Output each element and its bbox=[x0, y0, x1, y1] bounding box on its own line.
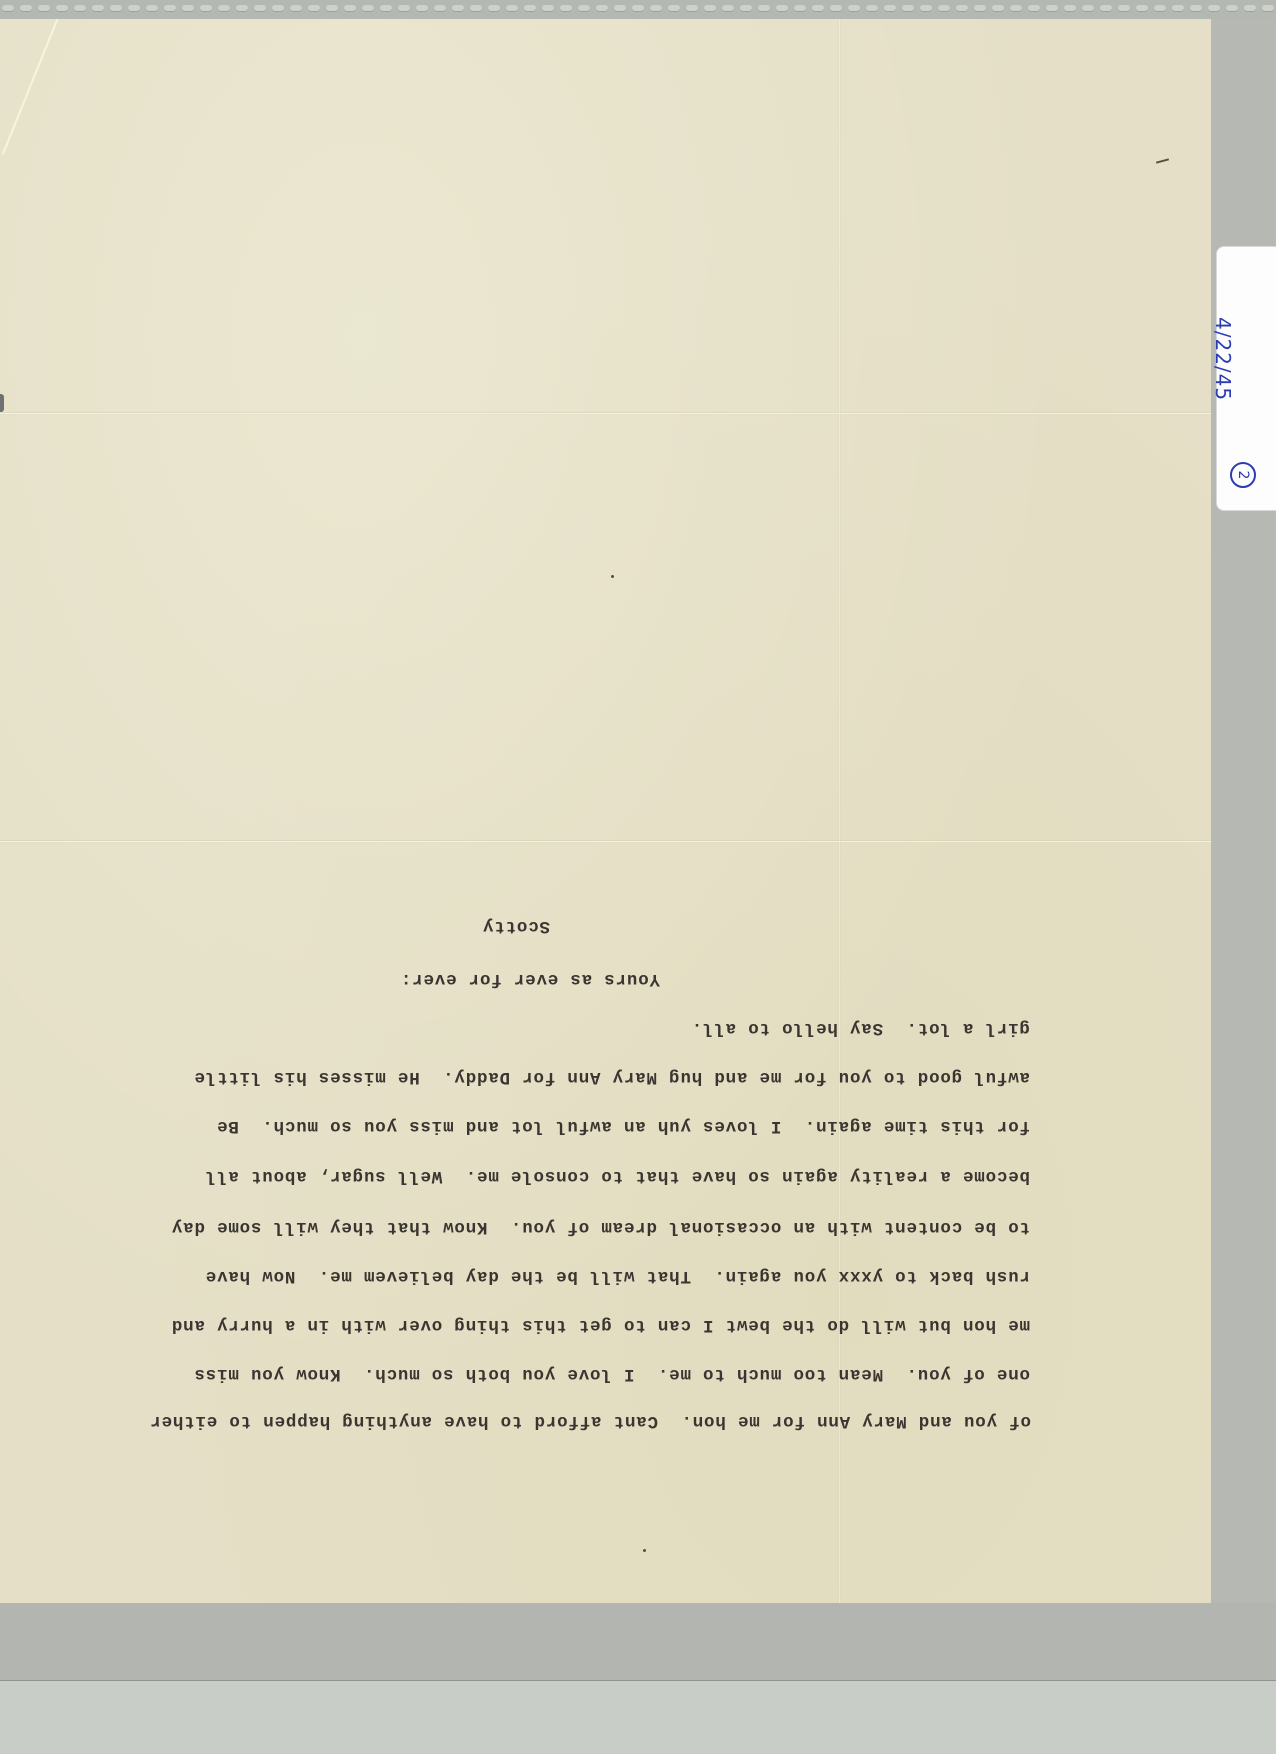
perforation-hole bbox=[488, 5, 500, 12]
perforation-hole bbox=[200, 5, 212, 12]
background-bottom-band bbox=[0, 1603, 1276, 1681]
perforation-hole bbox=[992, 5, 1004, 12]
perforation-hole bbox=[704, 5, 716, 12]
perforation-hole bbox=[902, 5, 914, 12]
perforation-hole bbox=[272, 5, 284, 12]
perforation-hole bbox=[830, 5, 842, 12]
perforation-hole bbox=[308, 5, 320, 12]
perforation-hole bbox=[362, 5, 374, 12]
perforation-hole bbox=[686, 5, 698, 12]
perforation-hole bbox=[668, 5, 680, 12]
perforation-hole bbox=[614, 5, 626, 12]
letter-line-4: rush back to yxxx you again. That will b… bbox=[124, 1266, 1030, 1286]
letter-closing: Yours as ever for ever: bbox=[370, 969, 660, 989]
perforation-hole bbox=[848, 5, 860, 12]
perforation-hole bbox=[650, 5, 662, 12]
perforation-hole bbox=[20, 5, 32, 12]
perforation-hole bbox=[1082, 5, 1094, 12]
perforation-hole bbox=[542, 5, 554, 12]
letter-line-8: awful good to you for me and hug Mary An… bbox=[110, 1067, 1030, 1087]
perforation-hole bbox=[110, 5, 122, 12]
letter-line-7: for this time again. I loves yuh an awfu… bbox=[126, 1116, 1030, 1136]
perforation-hole bbox=[1028, 5, 1040, 12]
perforation-hole bbox=[1046, 5, 1058, 12]
perforation-hole bbox=[1136, 5, 1148, 12]
letter-line-5: to be content with an occasional dream o… bbox=[86, 1217, 1030, 1237]
perforation-hole bbox=[524, 5, 536, 12]
perforation-hole bbox=[866, 5, 878, 12]
perforation-hole bbox=[434, 5, 446, 12]
perforation-hole bbox=[128, 5, 140, 12]
perforation-hole bbox=[1100, 5, 1112, 12]
perforation-hole bbox=[1244, 5, 1256, 12]
label-date: 4/22/45 bbox=[1211, 317, 1235, 417]
perforation-hole bbox=[218, 5, 230, 12]
perforation-hole bbox=[740, 5, 752, 12]
perforation-hole bbox=[38, 5, 50, 12]
perforation-hole bbox=[290, 5, 302, 12]
perforation-hole bbox=[506, 5, 518, 12]
perforation-hole bbox=[236, 5, 248, 12]
perforation-hole bbox=[254, 5, 266, 12]
sheet-protector-perforation-strip bbox=[0, 0, 1276, 19]
perforation-hole bbox=[560, 5, 572, 12]
label-item-number: 2 bbox=[1230, 462, 1256, 488]
page-edge-notch bbox=[0, 394, 4, 412]
perforation-hole bbox=[74, 5, 86, 12]
perforation-hole bbox=[92, 5, 104, 12]
perforation-hole bbox=[146, 5, 158, 12]
perforation-hole bbox=[416, 5, 428, 12]
paper-crease bbox=[2, 19, 60, 155]
perforation-hole bbox=[1172, 5, 1184, 12]
letter-signature: Scotty bbox=[470, 916, 550, 936]
perforation-hole bbox=[470, 5, 482, 12]
perforation-hole bbox=[1064, 5, 1076, 12]
perforation-hole bbox=[794, 5, 806, 12]
ink-speck bbox=[611, 575, 614, 578]
perforation-hole bbox=[596, 5, 608, 12]
perforation-hole bbox=[452, 5, 464, 12]
perforation-hole bbox=[2, 5, 14, 12]
perforation-hole bbox=[1118, 5, 1130, 12]
perforation-hole bbox=[182, 5, 194, 12]
perforation-hole bbox=[578, 5, 590, 12]
letter-page: of you and Mary Ann for me hon. Cant aff… bbox=[0, 19, 1211, 1603]
perforation-hole bbox=[1208, 5, 1220, 12]
ink-mark bbox=[1156, 158, 1169, 163]
perforation-hole bbox=[344, 5, 356, 12]
perforation-hole bbox=[56, 5, 68, 12]
perforation-hole bbox=[1010, 5, 1022, 12]
perforation-hole bbox=[758, 5, 770, 12]
perforation-hole bbox=[380, 5, 392, 12]
letter-line-9: girl a lot. Say hello to all. bbox=[660, 1018, 1030, 1038]
perforation-hole bbox=[938, 5, 950, 12]
background-bottom-light-band bbox=[0, 1681, 1276, 1754]
horizontal-fold-line bbox=[0, 412, 1211, 415]
perforation-hole bbox=[1262, 5, 1274, 12]
perforation-hole bbox=[722, 5, 734, 12]
perforation-hole bbox=[812, 5, 824, 12]
ink-speck bbox=[643, 1549, 646, 1552]
archive-label: 4/22/45 2 bbox=[1217, 247, 1276, 510]
perforation-hole bbox=[776, 5, 788, 12]
letter-line-3: me hon but will do the bewt I can to get… bbox=[85, 1315, 1030, 1335]
perforation-hole bbox=[956, 5, 968, 12]
perforation-hole bbox=[1226, 5, 1238, 12]
perforation-hole bbox=[1154, 5, 1166, 12]
perforation-hole bbox=[920, 5, 932, 12]
letter-line-1: of you and Mary Ann for me hon. Cant aff… bbox=[61, 1411, 1031, 1431]
perforation-hole bbox=[974, 5, 986, 12]
perforation-hole bbox=[1190, 5, 1202, 12]
perforation-hole bbox=[398, 5, 410, 12]
perforation-hole bbox=[164, 5, 176, 12]
letter-line-2: one of you. Mean too much to me. I love … bbox=[170, 1364, 1030, 1384]
perforation-hole bbox=[884, 5, 896, 12]
letter-line-6: become a reality again so have that to c… bbox=[122, 1166, 1030, 1186]
perforation-hole bbox=[632, 5, 644, 12]
perforation-hole bbox=[326, 5, 338, 12]
horizontal-fold-line bbox=[0, 840, 1211, 843]
